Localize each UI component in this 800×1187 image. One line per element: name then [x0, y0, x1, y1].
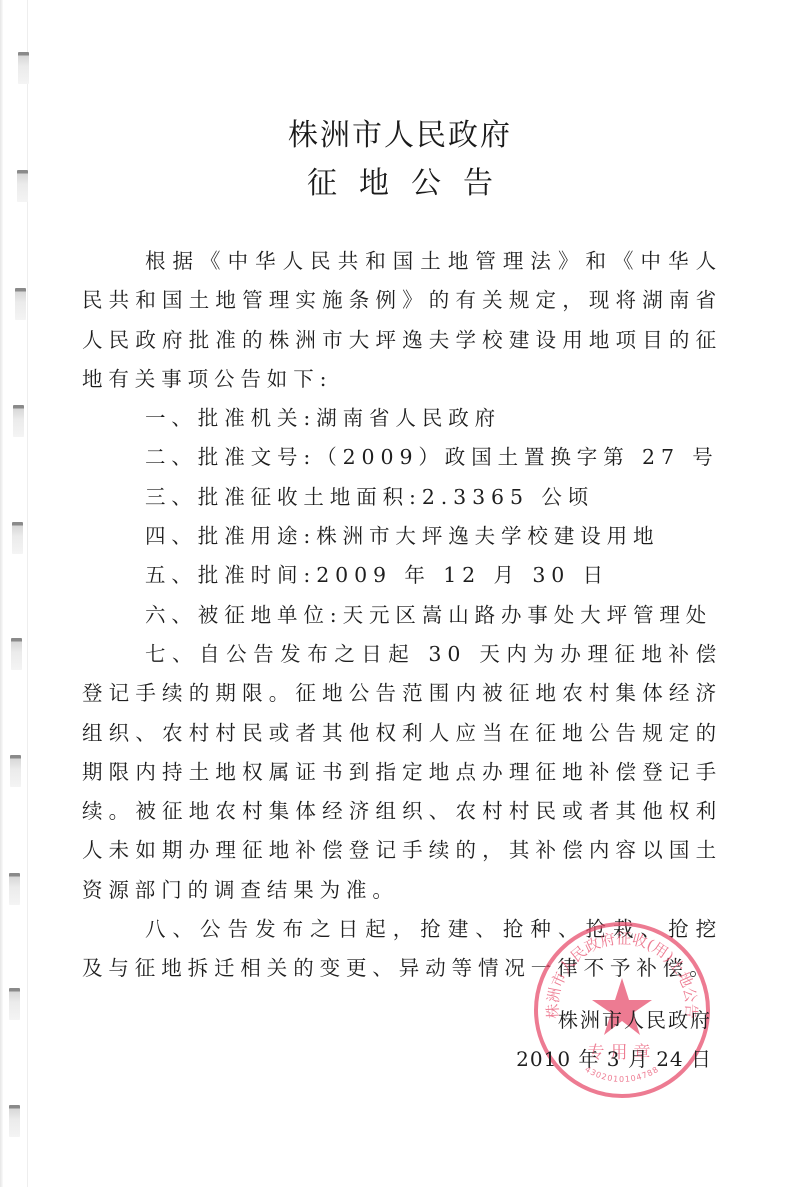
- binder-hole-icon: [13, 405, 24, 437]
- item-approval-date: 五、批准时间:2009 年 12 月 30 日: [82, 556, 722, 595]
- item-value: 2.3365 公顷: [422, 485, 594, 509]
- signature-organization: 株洲市人民政府: [558, 1004, 712, 1033]
- binder-hole-icon: [10, 755, 21, 787]
- item-value: （2009）政国土置换字第 27 号: [316, 445, 719, 469]
- item-approving-authority: 一、批准机关:湖南省人民政府: [82, 399, 722, 438]
- item-value: 湖南省人民政府: [316, 406, 501, 430]
- binder-hole-icon: [9, 988, 20, 1020]
- item-value: 株洲市大坪逸夫学校建设用地: [316, 524, 659, 548]
- binder-hole-icon: [11, 638, 22, 670]
- signature-date: 2010 年 3 月 24 日: [516, 1043, 712, 1072]
- notice-body: 根据《中华人民共和国土地管理法》和《中华人民共和国土地管理实施条例》的有关规定，…: [82, 242, 722, 989]
- item-label: 六、被征地单位:: [145, 603, 343, 627]
- item-label: 五、批准时间:: [145, 563, 316, 587]
- item-label: 一、批准机关:: [145, 406, 316, 430]
- issuer-title: 株洲市人民政府: [0, 110, 800, 154]
- notice-title: 征地公告: [0, 158, 800, 202]
- item-expropriated-unit: 六、被征地单位:天元区嵩山路办事处大坪管理处: [82, 596, 722, 635]
- item-value: 2009 年 12 月 30 日: [316, 563, 609, 587]
- binder-hole-icon: [9, 1105, 20, 1137]
- clause-seven: 七、自公告发布之日起 30 天内为办理征地补偿登记手续的期限。征地公告范围内被征…: [82, 635, 722, 910]
- intro-paragraph: 根据《中华人民共和国土地管理法》和《中华人民共和国土地管理实施条例》的有关规定，…: [82, 242, 722, 399]
- binder-hole-icon: [15, 288, 26, 320]
- binder-hole-icon: [9, 873, 20, 905]
- item-approved-use: 四、批准用途:株洲市大坪逸夫学校建设用地: [82, 517, 722, 556]
- item-value: 天元区嵩山路办事处大坪管理处: [343, 603, 713, 627]
- item-approval-number: 二、批准文号:（2009）政国土置换字第 27 号: [82, 438, 722, 477]
- item-label: 三、批准征收土地面积:: [145, 485, 422, 509]
- item-label: 四、批准用途:: [145, 524, 316, 548]
- item-label: 二、批准文号:: [145, 445, 316, 469]
- item-land-area: 三、批准征收土地面积:2.3365 公顷: [82, 478, 722, 517]
- binder-hole-icon: [18, 52, 29, 84]
- binder-hole-icon: [12, 522, 23, 554]
